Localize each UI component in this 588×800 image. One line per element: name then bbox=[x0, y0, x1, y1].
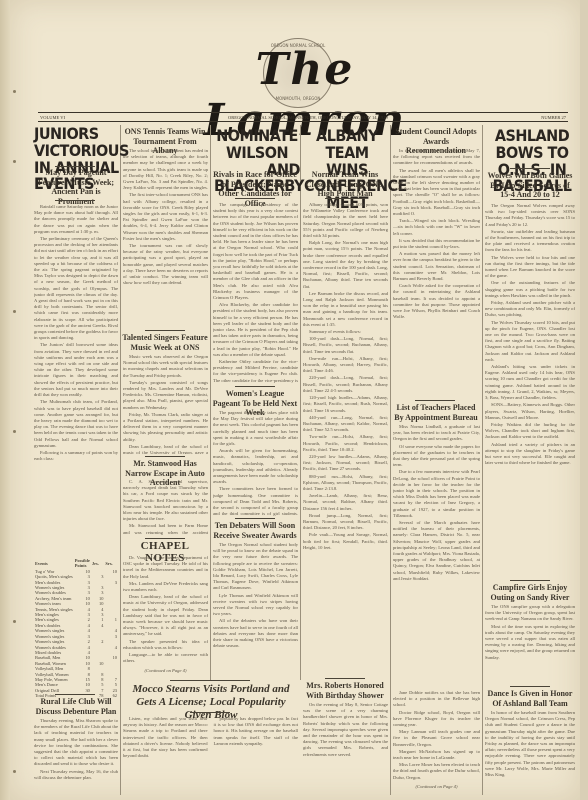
divider bbox=[510, 686, 550, 687]
paragraph: The Wolves Thursday scored 10 hits, and … bbox=[485, 320, 575, 363]
paragraph: All of the debaters who have won their s… bbox=[213, 618, 298, 649]
paragraph: The Multnomah club team, of Portland, wh… bbox=[34, 399, 118, 449]
divider bbox=[55, 694, 95, 695]
divider bbox=[145, 538, 185, 539]
col-header: Events bbox=[34, 558, 74, 569]
divider bbox=[510, 168, 550, 169]
paragraph: Friday Watkins did the hurling for the W… bbox=[485, 422, 575, 441]
article-body-teachers: Miss Norma Lindhall, a graduate of last … bbox=[393, 424, 480, 688]
paragraph: Doctor Ridge school, Boyd, Oregon will h… bbox=[393, 710, 480, 729]
paragraph: The Wolves were held to four hits and on… bbox=[485, 255, 575, 280]
paragraph: The award for all men's athletics shall … bbox=[393, 168, 480, 218]
binding-hole bbox=[13, 160, 16, 163]
newspaper-page: OREGON NORMAL SCHOOL MONMOUTH, OREGON Th… bbox=[10, 0, 580, 800]
article-body-stanwood: C. A. Stanwood, rural supervisor, narrow… bbox=[123, 479, 208, 536]
paragraph: Tuesday's program consisted of songs ren… bbox=[123, 380, 208, 411]
subhead-teachers: List of Teachers Placed By Appointment B… bbox=[392, 403, 480, 422]
paragraph: Most of the time was spent in exploring … bbox=[485, 624, 575, 661]
paragraph: Music week was observed at the Oregon No… bbox=[123, 354, 208, 379]
issue-number: NUMBER 27 bbox=[541, 115, 566, 120]
article-body-singers: Music week was observed at the Oregon No… bbox=[123, 354, 208, 454]
column-divider bbox=[482, 125, 483, 795]
subhead-dance: Dance Is Given in Honor Of Ashland Ball … bbox=[484, 689, 576, 708]
paragraph: The tournament was run off slowly becaus… bbox=[123, 243, 208, 286]
article-body-albany: Albany college, scoring 60½ points, won … bbox=[303, 202, 388, 676]
article-body-dance: In honor of the baseball team from South… bbox=[485, 710, 575, 790]
binding-hole bbox=[13, 770, 16, 773]
paragraph: SONS—Battery, Kinnewis and Boggs. Other … bbox=[485, 402, 575, 421]
article-body-tennis: The school tennis tournament has ended i… bbox=[123, 148, 208, 328]
article-body-chapel: Dr. Vaughn of the history department of … bbox=[123, 555, 208, 665]
article-body-mocco: Listen, my children and you shall hear a… bbox=[123, 716, 298, 794]
article-body-nominate: The campaign for presidency of the stude… bbox=[213, 202, 298, 384]
paragraph: Three committees have been formed to jud… bbox=[213, 486, 298, 516]
col-header: Jrs. bbox=[91, 558, 105, 569]
divider bbox=[190, 712, 230, 713]
article-body-juniors: Rainfall came Saturday noon as the Junio… bbox=[34, 204, 118, 554]
article-body-ashland: The Oregon Normal Wolves romped away wit… bbox=[485, 203, 575, 578]
paragraph: The speaker presented his idea of educat… bbox=[123, 639, 208, 651]
paragraph: Of some everyone who made the papers for… bbox=[393, 444, 480, 469]
headline-line: NOMINATE WILSON bbox=[214, 128, 300, 162]
teacher-notes: Jane Dobbie notifies us that she has bee… bbox=[393, 690, 480, 782]
divider bbox=[510, 580, 550, 581]
paragraph: 120-yard high hurdles—Adams, Albany, fir… bbox=[303, 395, 388, 414]
paragraph: Pole vault—Young and Savage, Normal, bot… bbox=[303, 532, 388, 551]
paragraph: Dr. Vaughn of the history department of … bbox=[123, 555, 208, 580]
paragraph: Following is a summary of points won by … bbox=[34, 450, 118, 462]
volume-label: VOLUME VI bbox=[40, 115, 65, 120]
paragraph: Lee Barnum broke the discus record, and … bbox=[303, 291, 388, 328]
table-cell: Quoits, Men's singles bbox=[34, 574, 74, 579]
paragraph: Thursday evening, Miss Sharrow spoke to … bbox=[34, 718, 118, 768]
divider bbox=[55, 166, 95, 167]
paragraph: The ONS campfire group with a delegation… bbox=[485, 604, 575, 623]
paragraph: One-mile run—Holst, Albany, first; Howar… bbox=[303, 356, 388, 375]
dateline: OREGON NORMAL SCHOOL, MONMOUTH, OREGON, … bbox=[228, 115, 388, 120]
paragraph: popularity has dropped below par. In fac… bbox=[214, 716, 299, 747]
divider bbox=[415, 400, 455, 401]
paragraph: Ralph Long, the Normal's one man high po… bbox=[303, 240, 388, 290]
column-divider bbox=[120, 125, 121, 795]
paragraph: 880-yard run—Holst, Albany, first; Eplst… bbox=[303, 474, 388, 493]
paragraph: Summary of events follows: bbox=[303, 329, 388, 335]
paragraph: Lyle Thomas and Winfield Atkinson will r… bbox=[213, 593, 298, 618]
divider bbox=[235, 518, 275, 519]
paragraph: Due to a few moments interview with Pear… bbox=[393, 469, 480, 519]
article-body-rural-life: Thursday evening, Miss Sharrow spoke to … bbox=[34, 718, 118, 788]
masthead: OREGON NORMAL SCHOOL MONMOUTH, OREGON Th… bbox=[10, 38, 580, 106]
paragraph: In honor of the baseball team from South… bbox=[485, 710, 575, 778]
subhead-campfire: Campfire Girls Enjoy Outing on Sandy Riv… bbox=[484, 583, 576, 602]
paragraph: Next Thursday evening, May 16, the club … bbox=[34, 769, 118, 781]
subhead-roberts: Mrs. Roberts Honored With Birthday Showe… bbox=[302, 681, 388, 700]
paragraph: The campaign for presidency of the stude… bbox=[213, 202, 298, 301]
divider bbox=[235, 198, 275, 199]
paragraph: In the student council meeting of May 7,… bbox=[393, 148, 480, 167]
col-header: Possible Points bbox=[74, 558, 91, 569]
paragraph: 440-yard run—Long, Normal, first; Buchan… bbox=[303, 415, 388, 434]
paragraph: 100-yard dash—Long, Normal, first; Bisse… bbox=[303, 336, 388, 355]
subhead-rural-life: Rural Life Club Will Discuss Debenture P… bbox=[34, 697, 118, 716]
divider bbox=[235, 386, 275, 387]
paragraph: The school tennis tournament has ended i… bbox=[123, 148, 208, 191]
paragraph: Dean Landsbury, head of the school of mu… bbox=[123, 444, 208, 454]
divider bbox=[145, 330, 185, 331]
subhead-debaters: Ten Debaters Will Soon Receive Sweater A… bbox=[212, 521, 298, 540]
continued-note: (Continued on Page 4) bbox=[393, 784, 480, 792]
paragraph: Dean Landsbury, head of the school of mu… bbox=[123, 594, 208, 637]
page-edge bbox=[0, 0, 10, 800]
paragraph: 220-yard low hurdles—Adams, Albany, firs… bbox=[303, 454, 388, 473]
paragraph: Ashland tried a variety of pitchers in a… bbox=[485, 442, 575, 467]
paragraph: 220-yard dash—Long, Normal, first; Bisse… bbox=[303, 375, 388, 394]
paragraph: Javelin—Lamb, Albany, first; Benz, Norma… bbox=[303, 493, 388, 512]
divider bbox=[55, 200, 95, 201]
subhead-ashland: Wolves Win Both Games By Lop-Sided Score… bbox=[484, 171, 576, 200]
paragraph: Several of the March graduates have noti… bbox=[393, 520, 480, 582]
paragraph: Ashland's hitting was under tickets in E… bbox=[485, 364, 575, 401]
column-divider bbox=[210, 125, 211, 680]
paragraph: Miss Loree Moser has been elected to tea… bbox=[393, 762, 480, 781]
divider bbox=[325, 198, 365, 199]
paragraph: Language—to be able to converse with oth… bbox=[123, 652, 208, 664]
paragraph: The Oregon Normal school student body wi… bbox=[213, 542, 298, 592]
headline-line: JUNIORS VICTORIOUS bbox=[34, 126, 120, 160]
paragraph: Margaret McNairlson has signed up to tea… bbox=[393, 749, 480, 761]
paragraph: Track—Winged six inch block. Wrestling—s… bbox=[393, 218, 480, 237]
col-header: Srs. bbox=[104, 558, 118, 569]
binding-hole bbox=[13, 620, 16, 623]
paragraph: Coach Wolfe asked for the cooperation of… bbox=[393, 283, 480, 320]
folio-line: VOLUME VI OREGON NORMAL SCHOOL, MONMOUTH… bbox=[38, 112, 568, 122]
paragraph: Rainfall came Saturday noon as the Junio… bbox=[34, 204, 118, 235]
article-body-campfire: The ONS campfire group with a delegation… bbox=[485, 604, 575, 684]
column-divider bbox=[300, 125, 301, 680]
paragraph: Two-mile run—Holst, Albany, first; Howar… bbox=[303, 434, 388, 453]
paragraph: Mr. Stanwood had been to Farm Home and w… bbox=[123, 523, 208, 536]
subhead-albany: Normal Team Wins Close 2nd; Long, ONS, H… bbox=[302, 170, 388, 199]
divider bbox=[510, 199, 550, 200]
paragraph: Mary Lanman will teach grades one and fi… bbox=[393, 729, 480, 748]
divider bbox=[170, 680, 250, 681]
paragraph: The pageant that usually takes place wit… bbox=[213, 410, 298, 447]
paragraph: Mrs. Landers and DeVere Fredericks sang … bbox=[123, 581, 208, 593]
paragraph: On the evening of May 8, Senior Cottage … bbox=[303, 702, 388, 758]
paragraph: The Juniors' drill borrowed some ideas f… bbox=[34, 342, 118, 398]
paragraph: Jane Dobbie notifies us that she has bee… bbox=[393, 690, 480, 709]
paragraph: Miss Norma Lindhall, a graduate of last … bbox=[393, 424, 480, 443]
paragraph: The Oregon Normal Wolves romped away wit… bbox=[485, 203, 575, 228]
paragraph: Swartz, star outfielder and leading bats… bbox=[485, 229, 575, 254]
divider bbox=[325, 678, 365, 679]
article-body-council: In the student council meeting of May 7,… bbox=[393, 148, 480, 398]
paragraph: C. A. Stanwood, rural supervisor, narrow… bbox=[123, 479, 208, 522]
binding-hole bbox=[13, 310, 16, 313]
paragraph: It was decided that this recommendation … bbox=[393, 238, 480, 250]
paragraph: A motion was passed that the money left … bbox=[393, 251, 480, 282]
article-body-womens-league: The pageant that usually takes place wit… bbox=[213, 410, 298, 516]
paragraph: Albany college, scoring 60½ points, won … bbox=[303, 202, 388, 239]
points-table: Events Possible Points Jrs. Srs. Tug o' … bbox=[34, 558, 118, 699]
paragraph: Listen, my children and you shall hear a… bbox=[123, 716, 208, 759]
points-table-header: Events Possible Points Jrs. Srs. bbox=[34, 558, 118, 569]
subhead-singers: Talented Singers Feature Music Week at O… bbox=[122, 333, 208, 352]
paragraph: One of the outstanding features of the s… bbox=[485, 280, 575, 299]
divider bbox=[145, 456, 185, 457]
paragraph: Katherine Ottley candidate for the vice-… bbox=[213, 359, 298, 384]
paragraph: The first inter-school tournament ONS ha… bbox=[123, 192, 208, 242]
paragraph: Friday, Mr. Thomas Clark, radio singer a… bbox=[123, 412, 208, 443]
paragraph: The preliminary ceremony of the Queen's … bbox=[34, 236, 118, 341]
binding-hole bbox=[13, 430, 16, 433]
continued-note: (Continued on Page 4) bbox=[123, 668, 208, 676]
article-body-debaters: The Oregon Normal school student body wi… bbox=[213, 542, 298, 674]
paragraph: Alva Blackerby, the other candidate for … bbox=[213, 302, 298, 358]
headline-line: ASHLAND BOWS TO bbox=[486, 128, 578, 162]
paragraph: Friday, Ashland used another pitcher wit… bbox=[485, 300, 575, 319]
paragraph: Broad jump—Long, Normal, first; Barnum, … bbox=[303, 513, 388, 532]
paragraph: Awards will be given for homemaking, mus… bbox=[213, 448, 298, 485]
column-divider bbox=[390, 125, 391, 795]
article-body-roberts: On the evening of May 8, Senior Cottage … bbox=[303, 702, 388, 794]
